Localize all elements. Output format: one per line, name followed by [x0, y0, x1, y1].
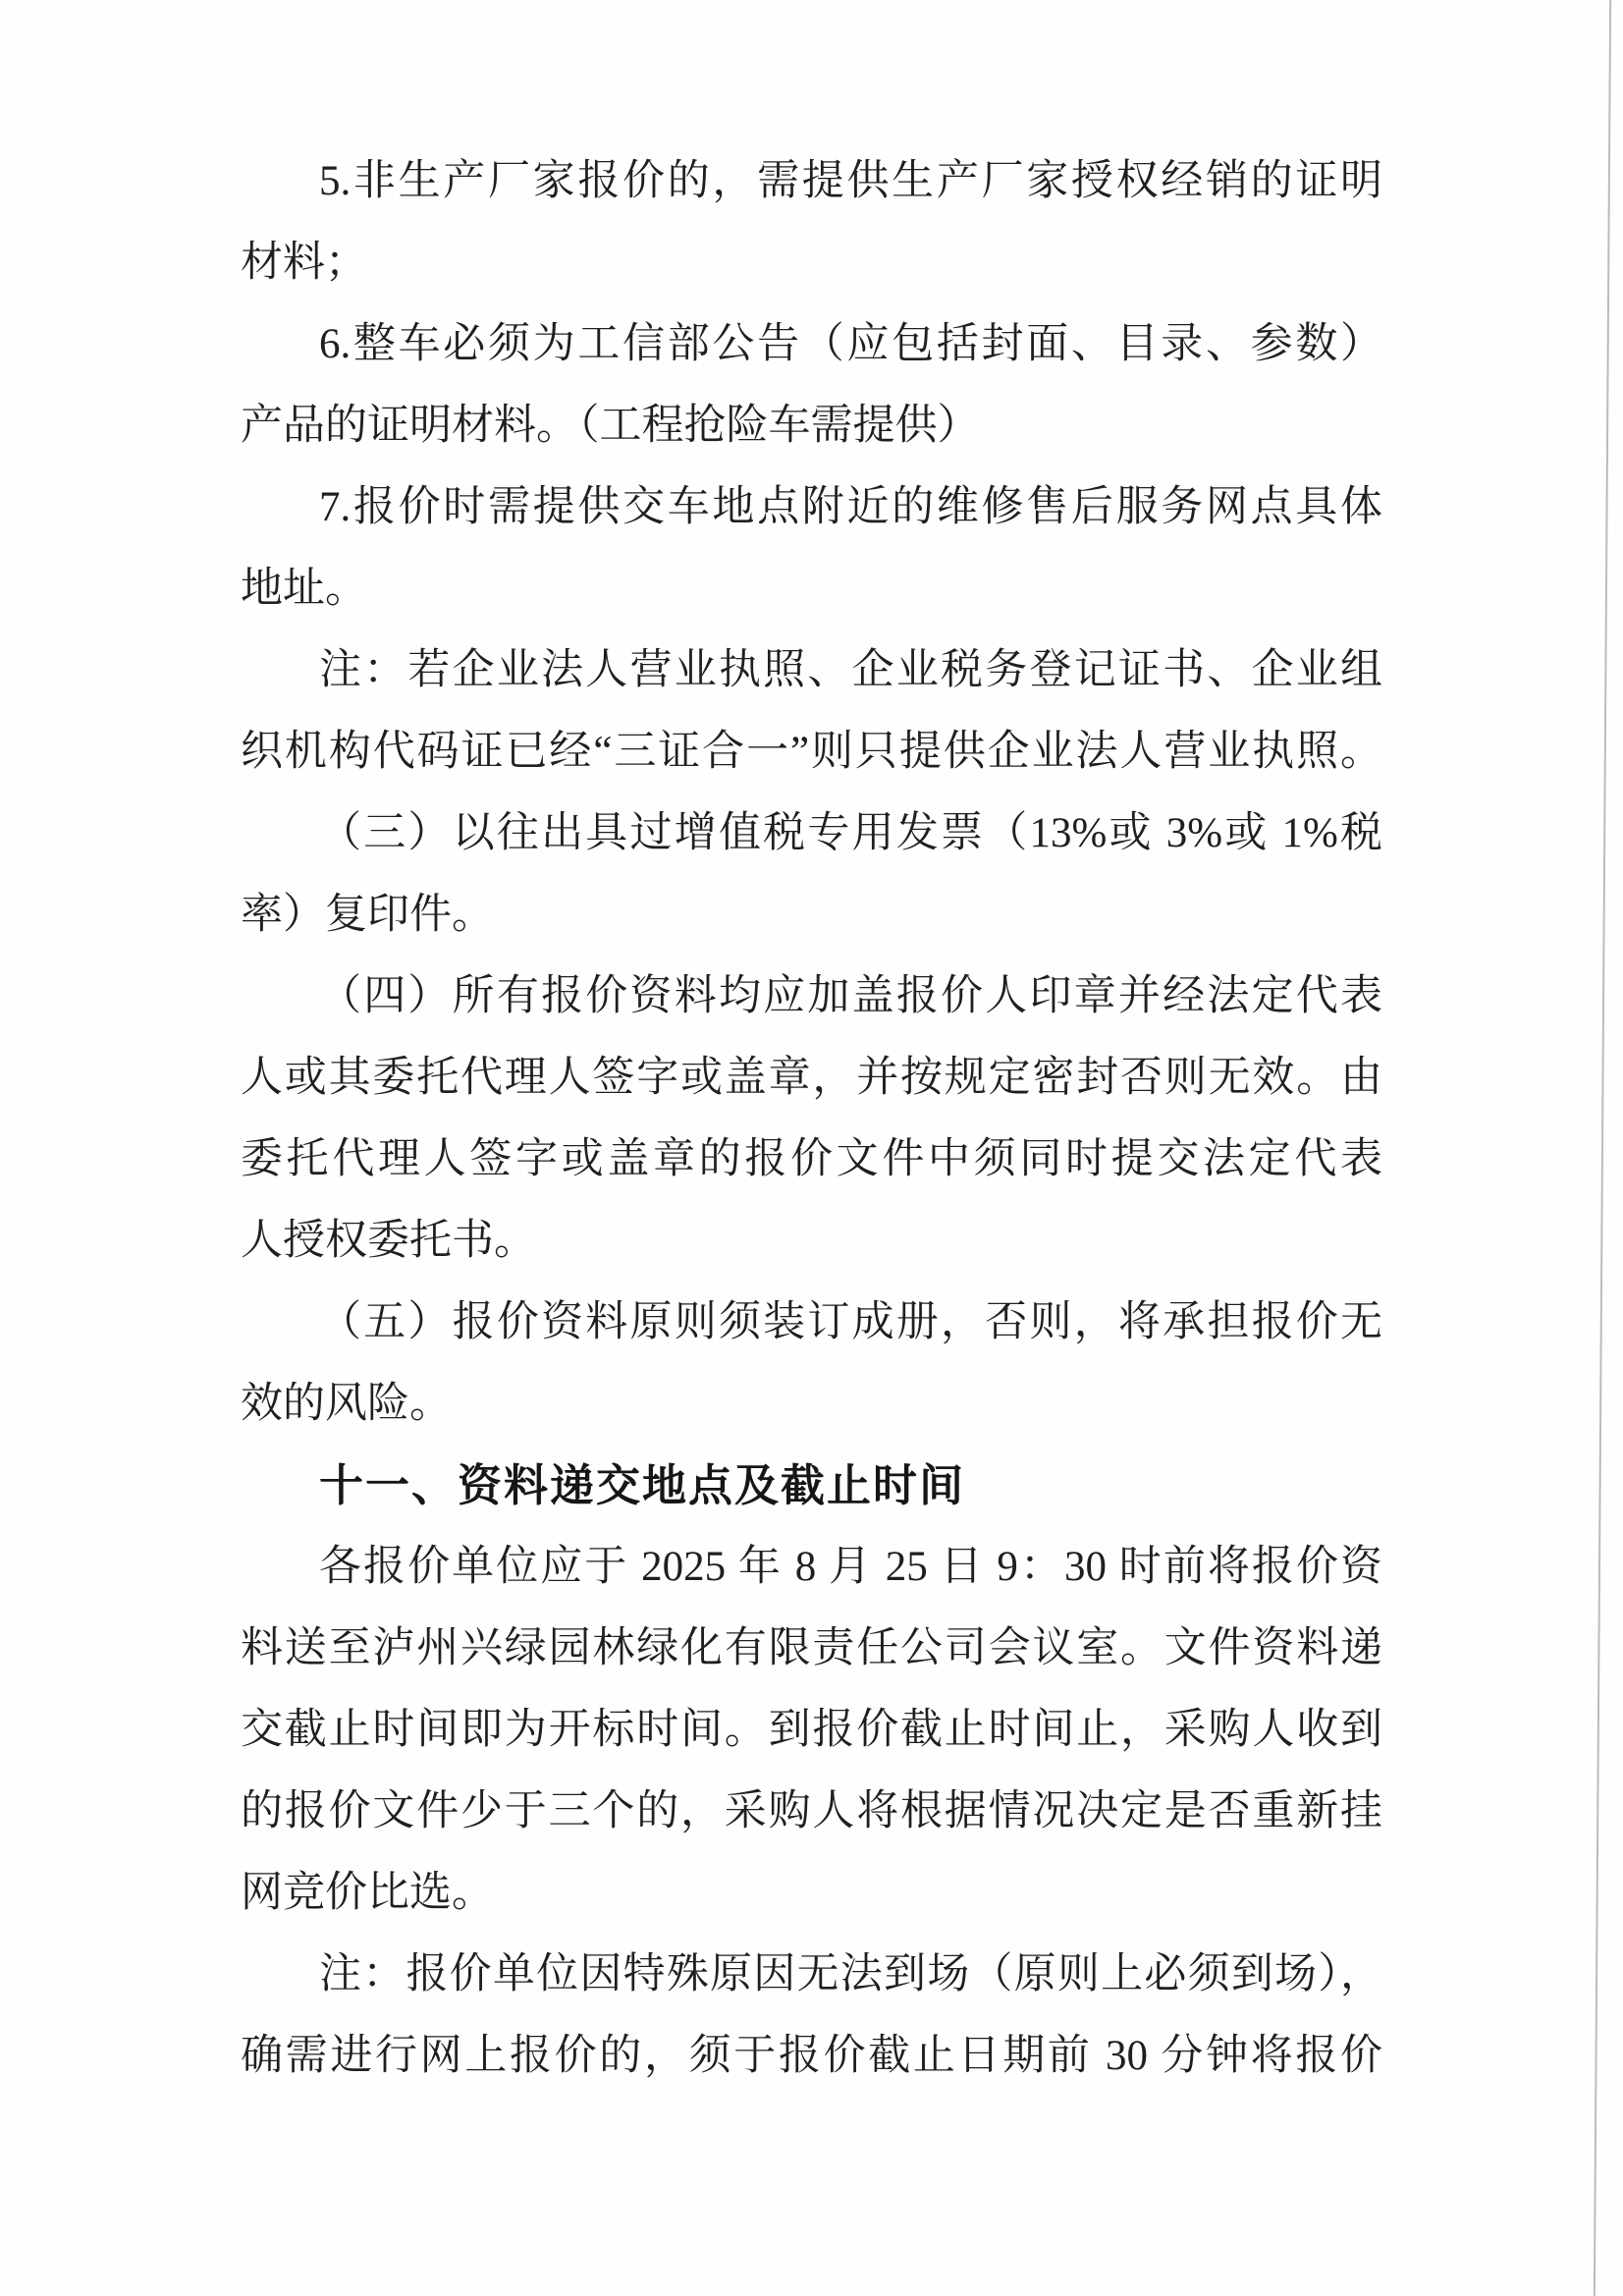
document-body: 5.非生产厂家报价的，需提供生产厂家授权经销的证明材料；6.整车必须为工信部公告…	[241, 140, 1382, 2097]
text-line: （四）所有报价资料均应加盖报价人印章并经法定代表	[241, 956, 1382, 1037]
text-line: 委托代理人签字或盖章的报价文件中须同时提交法定代表	[241, 1119, 1382, 1200]
text-line: 的报价文件少于三个的，采购人将根据情况决定是否重新挂	[241, 1771, 1382, 1852]
section-heading: 十一、资料递交地点及截止时间	[241, 1445, 1382, 1526]
text-line: 网竞价比选。	[241, 1852, 1382, 1934]
text-line: 产品的证明材料。（工程抢险车需提供）	[241, 385, 1382, 466]
text-line: 地址。	[241, 548, 1382, 629]
text-line: 人或其委托代理人签字或盖章，并按规定密封否则无效。由	[241, 1037, 1382, 1119]
text-line: 各报价单位应于 2025 年 8 月 25 日 9：30 时前将报价资	[241, 1526, 1382, 1608]
text-line: （五）报价资料原则须装订成册，否则，将承担报价无	[241, 1282, 1382, 1363]
text-line: 确需进行网上报价的，须于报价截止日期前 30 分钟将报价	[241, 2015, 1382, 2097]
text-line: 5.非生产厂家报价的，需提供生产厂家授权经销的证明	[241, 140, 1382, 222]
text-line: 7.报价时需提供交车地点附近的维修售后服务网点具体	[241, 466, 1382, 548]
text-line: 率）复印件。	[241, 874, 1382, 956]
text-line: （三）以往出具过增值税专用发票（13%或 3%或 1%税	[241, 793, 1382, 874]
text-line: 注：若企业法人营业执照、企业税务登记证书、企业组	[241, 629, 1382, 711]
text-line: 交截止时间即为开标时间。到报价截止时间止，采购人收到	[241, 1689, 1382, 1771]
text-line: 人授权委托书。	[241, 1200, 1382, 1282]
text-line: 织机构代码证已经“三证合一”则只提供企业法人营业执照。	[241, 711, 1382, 793]
text-line: 效的风险。	[241, 1363, 1382, 1445]
scan-artifact-line	[1594, 0, 1611, 2296]
text-line: 6.整车必须为工信部公告（应包括封面、目录、参数）	[241, 303, 1382, 385]
text-line: 注：报价单位因特殊原因无法到场（原则上必须到场），	[241, 1934, 1382, 2015]
text-line: 材料；	[241, 222, 1382, 303]
text-line: 料送至泸州兴绿园林绿化有限责任公司会议室。文件资料递	[241, 1608, 1382, 1689]
scanned-document-page: 5.非生产厂家报价的，需提供生产厂家授权经销的证明材料；6.整车必须为工信部公告…	[0, 0, 1623, 2296]
